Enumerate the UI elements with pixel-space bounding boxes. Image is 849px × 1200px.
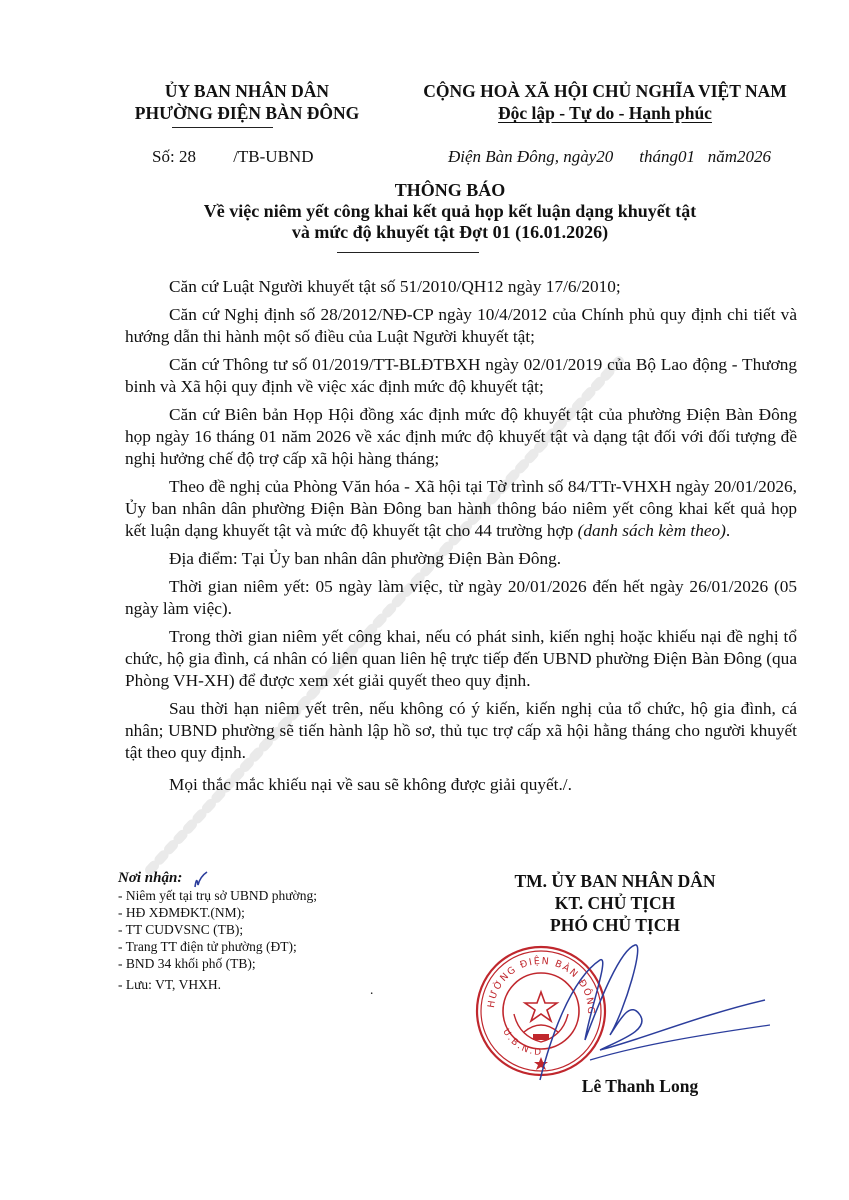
- signature-line-3: PHÓ CHỦ TỊCH: [480, 914, 750, 936]
- date-year: 2026: [737, 147, 771, 166]
- date-day: 20: [596, 147, 613, 166]
- paragraph-location: Địa điểm: Tại Ủy ban nhân dân phường Điệ…: [125, 548, 797, 570]
- agency-line-2: PHƯỜNG ĐIỆN BÀN ĐÔNG: [112, 102, 382, 124]
- date-month: 01: [678, 147, 695, 166]
- document-title: THÔNG BÁO Về việc niêm yết công khai kết…: [150, 180, 750, 243]
- paragraph-legal-basis-1: Căn cứ Luật Người khuyết tật số 51/2010/…: [125, 276, 797, 298]
- recipient-item: - HĐ XĐMĐKT.(NM);: [118, 904, 418, 921]
- paragraph-posting-period: Thời gian niêm yết: 05 ngày làm việc, từ…: [125, 576, 797, 620]
- recipients-heading: Nơi nhận:: [118, 870, 418, 887]
- national-title: CỘNG HOÀ XÃ HỘI CHỦ NGHĨA VIỆT NAM Độc l…: [400, 80, 810, 124]
- paragraph-complaints: Trong thời gian niêm yết công khai, nếu …: [125, 626, 797, 692]
- signature-line-2: KT. CHỦ TỊCH: [480, 892, 750, 914]
- recipient-item: - Niêm yết tại trụ sở UBND phường;: [118, 887, 418, 904]
- paragraph-legal-basis-3: Căn cứ Thông tư số 01/2019/TT-BLĐTBXH ng…: [125, 354, 797, 398]
- national-motto: Độc lập - Tự do - Hạnh phúc: [498, 103, 712, 123]
- document-number: Số: 28 /TB-UBND: [152, 147, 313, 167]
- issuing-agency: ỦY BAN NHÂN DÂN PHƯỜNG ĐIỆN BÀN ĐÔNG: [112, 80, 382, 124]
- title-underline: [337, 252, 479, 253]
- recipient-item: - BND 34 khối phố (TB);: [118, 955, 418, 972]
- handwritten-signature-icon: [530, 940, 770, 1090]
- paragraph-after-posting: Sau thời hạn niêm yết trên, nếu không có…: [125, 698, 797, 764]
- attached-list-note: (danh sách kèm theo): [578, 521, 726, 540]
- nation-line: CỘNG HOÀ XÃ HỘI CHỦ NGHĨA VIỆT NAM: [400, 80, 810, 102]
- place-label: Điện Bàn Đông, ngày: [448, 147, 596, 166]
- stray-dot: .: [370, 981, 373, 998]
- place-date: Điện Bàn Đông, ngày20tháng01 năm2026: [448, 147, 771, 167]
- document-body: Căn cứ Luật Người khuyết tật số 51/2010/…: [125, 276, 797, 802]
- month-label: tháng: [639, 147, 678, 166]
- doc-code: /TB-UBND: [233, 147, 313, 166]
- proposal-end: .: [726, 521, 730, 540]
- title-line-3: và mức độ khuyết tật Đợt 01 (16.01.2026): [150, 222, 750, 243]
- recipient-item: - TT CUDVSNC (TB);: [118, 921, 418, 938]
- signer-name: Lê Thanh Long: [480, 1076, 750, 1097]
- paragraph-closing: Mọi thắc mắc khiếu nại về sau sẽ không đ…: [125, 774, 797, 796]
- recipients-list: Nơi nhận: - Niêm yết tại trụ sở UBND phư…: [118, 870, 418, 993]
- agency-line-1: ỦY BAN NHÂN DÂN: [112, 80, 382, 102]
- initial-mark-icon: [192, 870, 210, 890]
- paragraph-legal-basis-4: Căn cứ Biên bản Họp Hội đồng xác định mứ…: [125, 404, 797, 470]
- doc-number-label: Số:: [152, 147, 175, 166]
- signature-block: TM. ỦY BAN NHÂN DÂN KT. CHỦ TỊCH PHÓ CHỦ…: [480, 870, 750, 936]
- signature-line-1: TM. ỦY BAN NHÂN DÂN: [480, 870, 750, 892]
- document-page: ỦY BAN NHÂN DÂN PHƯỜNG ĐIỆN BÀN ĐÔNG CỘN…: [0, 0, 849, 1200]
- paragraph-proposal: Theo đề nghị của Phòng Văn hóa - Xã hội …: [125, 476, 797, 542]
- recipient-item: - Trang TT điện tử phường (ĐT);: [118, 938, 418, 955]
- paragraph-legal-basis-2: Căn cứ Nghị định số 28/2012/NĐ-CP ngày 1…: [125, 304, 797, 348]
- agency-underline: [172, 127, 273, 128]
- doc-number-value: 28: [179, 147, 229, 167]
- title-line-1: THÔNG BÁO: [150, 180, 750, 201]
- title-line-2: Về việc niêm yết công khai kết quả họp k…: [150, 201, 750, 222]
- year-label: năm: [708, 147, 737, 166]
